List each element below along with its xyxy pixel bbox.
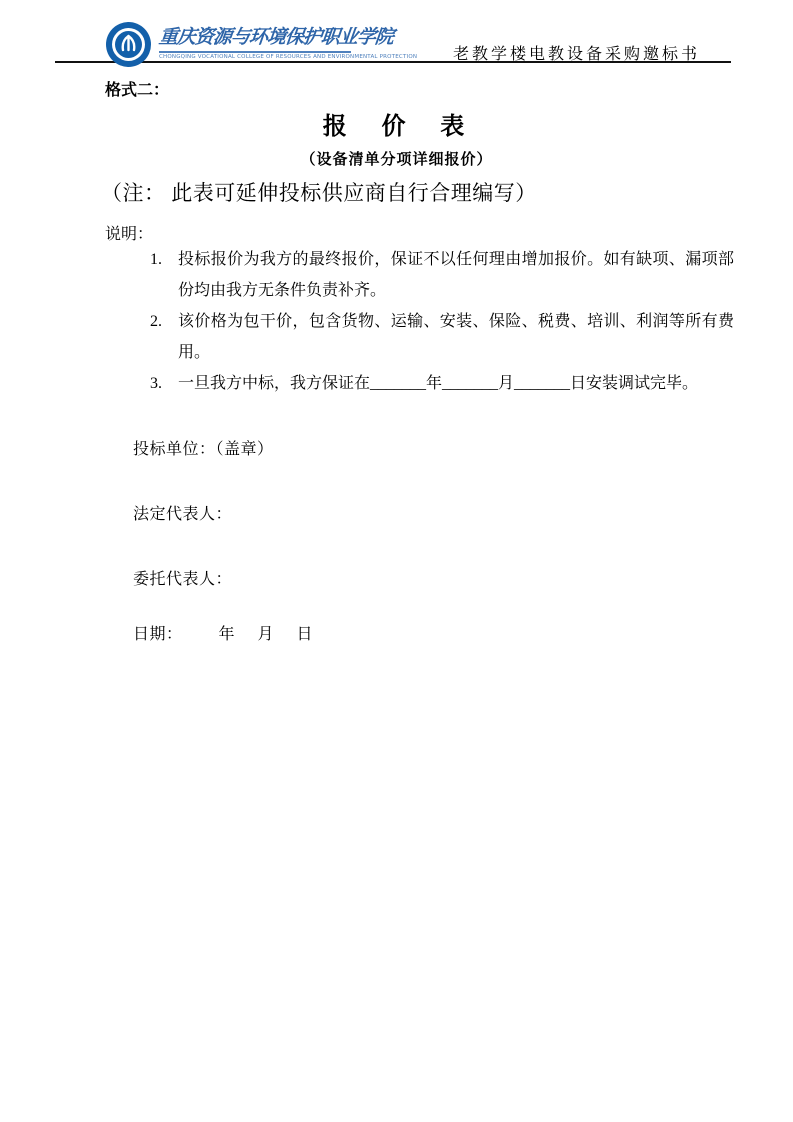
note-line: （注： 此表可延伸投标供应商自行合理编写）	[101, 177, 537, 207]
entrusted-representative-line: 委托代表人：	[133, 566, 232, 589]
instruction-item-1: 1. 投标报价为我方的最终报价，保证不以任何理由增加报价。如有缺项、漏项部份均由…	[150, 244, 734, 306]
college-name-en: CHONGQING VOCATIONAL COLLEGE OF RESOURCE…	[159, 54, 417, 60]
instruction-number: 3.	[150, 368, 162, 399]
instruction-text: 一旦我方中标，我方保证在_______年_______月_______日安装调试…	[178, 368, 734, 399]
page-title: 报 价 表	[0, 106, 793, 141]
bidder-line: 投标单位：（盖章）	[133, 436, 274, 459]
instructions-label: 说明：	[105, 221, 153, 244]
legal-representative-line: 法定代表人：	[133, 501, 232, 524]
college-logo: 重庆资源与环境保护职业学院 CHONGQING VOCATIONAL COLLE…	[106, 22, 417, 67]
instruction-number: 2.	[150, 306, 162, 337]
instruction-item-3: 3. 一旦我方中标，我方保证在_______年_______月_______日安…	[150, 368, 734, 399]
college-name-zh: 重庆资源与环境保护职业学院	[158, 25, 419, 49]
instruction-number: 1.	[150, 244, 162, 275]
instruction-item-2: 2. 该价格为包干价，包含货物、运输、安装、保险、税费、培训、利润等所有费用。	[150, 306, 734, 368]
instruction-text: 该价格为包干价，包含货物、运输、安装、保险、税费、培训、利润等所有费用。	[178, 306, 734, 368]
logo-divider	[159, 51, 351, 53]
logo-text-block: 重庆资源与环境保护职业学院 CHONGQING VOCATIONAL COLLE…	[159, 22, 417, 60]
instruction-text: 投标报价为我方的最终报价，保证不以任何理由增加报价。如有缺项、漏项部份均由我方无…	[178, 244, 734, 306]
instructions-list: 1. 投标报价为我方的最终报价，保证不以任何理由增加报价。如有缺项、漏项部份均由…	[150, 244, 734, 399]
document-page: 重庆资源与环境保护职业学院 CHONGQING VOCATIONAL COLLE…	[0, 0, 793, 1122]
college-emblem-icon	[106, 22, 151, 67]
page-subtitle: （设备清单分项详细报价）	[0, 148, 793, 169]
date-line: 日期： 年 月 日	[133, 621, 313, 644]
format-label: 格式二：	[105, 77, 169, 100]
header-doc-title: 老教学楼电教设备采购邀标书	[453, 41, 700, 64]
